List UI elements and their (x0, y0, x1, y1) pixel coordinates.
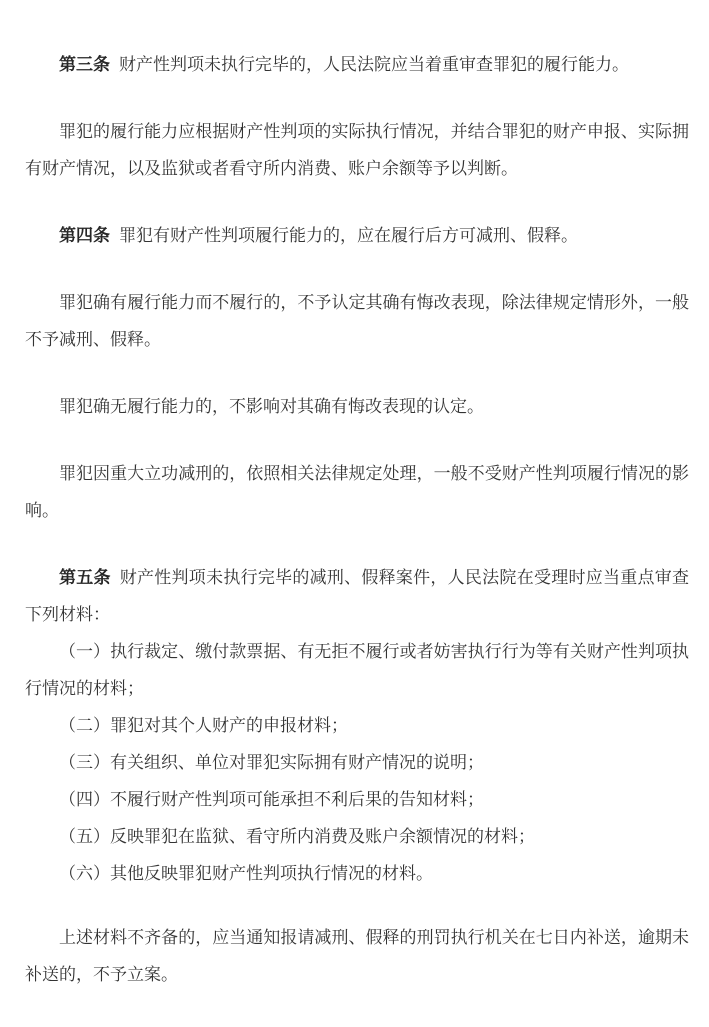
article-4-number: 第四条 (59, 226, 110, 245)
list-item-1: （一）执行裁定、缴付款票据、有无拒不履行或者妨害执行行为等有关财产性判项执行情况… (25, 633, 689, 707)
paragraph-refusal-to-perform: 罪犯确有履行能力而不履行的，不予认定其确有悔改表现，除法律规定情形外，一般不予减… (25, 284, 689, 358)
paragraph-major-merit: 罪犯因重大立功减刑的，依照相关法律规定处理，一般不受财产性判项履行情况的影响。 (25, 455, 689, 529)
paragraph-article-3: 第三条财产性判项未执行完毕的，人民法院应当着重审查罪犯的履行能力。 (25, 46, 689, 83)
paragraph-refusal-to-perform-text: 罪犯确有履行能力而不履行的，不予认定其确有悔改表现，除法律规定情形外，一般不予减… (25, 293, 689, 349)
article-5-text: 财产性判项未执行完毕的减刑、假释案件，人民法院在受理时应当重点审查下列材料： (25, 568, 689, 624)
list-item-3: （三）有关组织、单位对罪犯实际拥有财产情况的说明； (25, 744, 689, 781)
list-item-5: （五）反映罪犯在监狱、看守所内消费及账户余额情况的材料； (25, 818, 689, 855)
paragraph-supplement-deadline: 上述材料不齐备的，应当通知报请减刑、假释的刑罚执行机关在七日内补送，逾期未补送的… (25, 919, 689, 993)
list-item-6: （六）其他反映罪犯财产性判项执行情况的材料。 (25, 855, 689, 892)
paragraph-no-ability: 罪犯确无履行能力的，不影响对其确有悔改表现的认定。 (25, 388, 689, 425)
paragraph-major-merit-text: 罪犯因重大立功减刑的，依照相关法律规定处理，一般不受财产性判项履行情况的影响。 (25, 464, 689, 520)
legal-document: 第三条财产性判项未执行完毕的，人民法院应当着重审查罪犯的履行能力。 罪犯的履行能… (0, 0, 709, 1027)
article-3-number: 第三条 (59, 55, 110, 74)
paragraph-article-5: 第五条财产性判项未执行完毕的减刑、假释案件，人民法院在受理时应当重点审查下列材料… (25, 559, 689, 633)
paragraph-article-4: 第四条罪犯有财产性判项履行能力的，应在履行后方可减刑、假释。 (25, 217, 689, 254)
article-4-text: 罪犯有财产性判项履行能力的，应在履行后方可减刑、假释。 (119, 226, 578, 245)
paragraph-ability-judgment-text: 罪犯的履行能力应根据财产性判项的实际执行情况，并结合罪犯的财产申报、实际拥有财产… (25, 122, 689, 178)
paragraph-no-ability-text: 罪犯确无履行能力的，不影响对其确有悔改表现的认定。 (59, 397, 484, 416)
list-item-4: （四）不履行财产性判项可能承担不利后果的告知材料； (25, 781, 689, 818)
article-3-text: 财产性判项未执行完毕的，人民法院应当着重审查罪犯的履行能力。 (119, 55, 629, 74)
list-item-2: （二）罪犯对其个人财产的申报材料； (25, 707, 689, 744)
paragraph-ability-judgment: 罪犯的履行能力应根据财产性判项的实际执行情况，并结合罪犯的财产申报、实际拥有财产… (25, 113, 689, 187)
article-5-number: 第五条 (59, 568, 111, 587)
